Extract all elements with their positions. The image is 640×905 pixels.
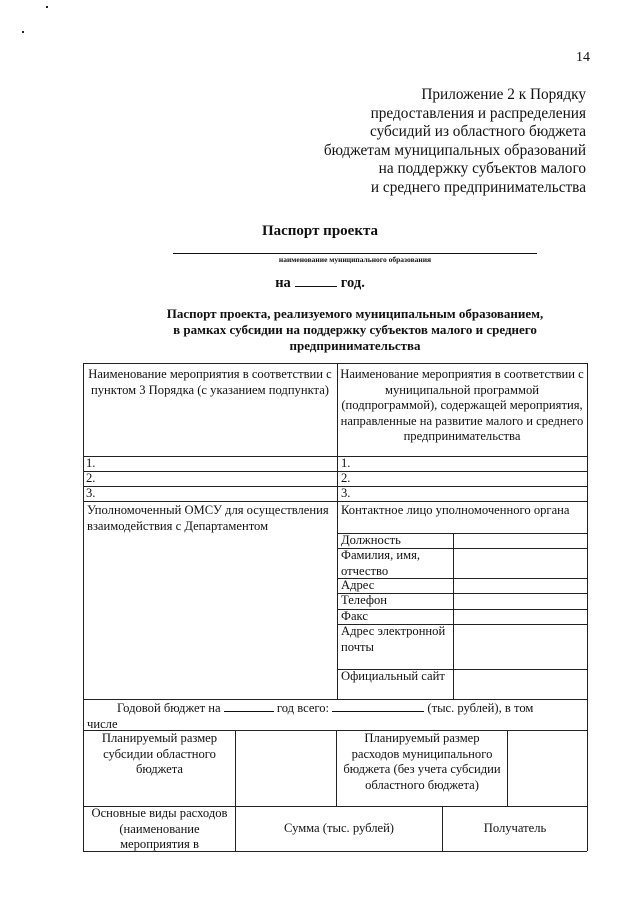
budget-total-field[interactable]: [332, 700, 424, 712]
table-border: [83, 851, 587, 852]
planned-municipal-label: Планируемый размер расходов муниципально…: [339, 731, 505, 793]
table-border: [587, 363, 588, 851]
subtitle-line: в рамках субсидии на поддержку субъектов…: [120, 322, 590, 338]
header-left: Наименование мероприятия в соответствии …: [86, 367, 334, 398]
measure-left-2[interactable]: 2.: [86, 471, 334, 487]
year-line: нагод.: [0, 274, 640, 292]
contact-value-position[interactable]: [456, 533, 584, 548]
column-divider: [507, 730, 508, 806]
appendix-line: Приложение 2 к Порядку: [300, 86, 586, 105]
appendix-line: и среднего предпринимательства: [300, 179, 586, 198]
appendix-line: субсидий из областного бюджета: [300, 123, 586, 142]
contact-label-position: Должность: [341, 533, 451, 549]
measure-right-2[interactable]: 2.: [341, 471, 585, 487]
appendix-line: предоставления и распределения: [300, 105, 586, 124]
contact-value-website[interactable]: [456, 669, 584, 699]
table-border: [83, 363, 84, 851]
measure-right-3[interactable]: 3.: [341, 486, 585, 502]
contact-label-address: Адрес: [341, 578, 451, 594]
year-field[interactable]: [295, 274, 337, 287]
contact-label-email: Адрес электронной почты: [341, 624, 451, 655]
column-divider: [442, 806, 443, 851]
contact-value-full-name[interactable]: [456, 548, 584, 578]
planned-subsidy-value[interactable]: [238, 731, 334, 805]
annual-budget-unit: (тыс. рублей), в том: [427, 701, 533, 715]
planned-municipal-value[interactable]: [510, 731, 585, 805]
scan-speck: [22, 31, 24, 33]
page-number: 14: [560, 50, 590, 66]
planned-subsidy-label: Планируемый размер субсидии областного б…: [86, 731, 233, 778]
contact-label-full-name: Фамилия, имя, отчество: [341, 548, 451, 579]
contact-label-phone: Телефон: [341, 593, 451, 609]
expenses-sum-header: Сумма (тыс. рублей): [238, 821, 440, 837]
contact-value-email[interactable]: [456, 624, 584, 669]
year-suffix: год.: [341, 275, 365, 291]
expenses-recipient-header: Получатель: [445, 821, 585, 837]
budget-year-field[interactable]: [224, 700, 274, 712]
subtitle-line: предпринимательства: [120, 338, 590, 354]
column-divider: [453, 533, 454, 699]
contact-label-fax: Факс: [341, 609, 451, 625]
column-divider: [235, 730, 236, 806]
document-title: Паспорт проекта: [0, 223, 640, 240]
authorized-body-label: Уполномоченный ОМСУ для осуществления вз…: [87, 503, 332, 534]
contact-value-phone[interactable]: [456, 593, 584, 608]
document-subtitle: Паспорт проекта, реализуемого муниципаль…: [120, 306, 590, 354]
annual-budget-total-label: год всего:: [277, 701, 329, 715]
measure-left-3[interactable]: 3.: [86, 486, 334, 502]
annual-budget-line: Годовой бюджет на год всего: (тыс. рубле…: [87, 700, 583, 732]
year-prefix: на: [275, 275, 291, 291]
column-divider: [337, 363, 338, 699]
contact-person-header: Контактное лицо уполномоченного органа: [341, 503, 585, 519]
header-right: Наименование мероприятия в соответствии …: [340, 367, 584, 445]
measure-left-1[interactable]: 1.: [86, 456, 334, 472]
table-border: [83, 363, 587, 364]
measure-right-1[interactable]: 1.: [341, 456, 585, 472]
expenses-type-header: Основные виды расходов (наименование мер…: [85, 806, 234, 851]
appendix-line: на поддержку субъектов малого: [300, 160, 586, 179]
subtitle-line: Паспорт проекта, реализуемого муниципаль…: [120, 306, 590, 322]
appendix-line: бюджетам муниципальных образований: [300, 142, 586, 161]
municipality-name-field[interactable]: [173, 253, 537, 254]
column-divider: [336, 730, 337, 806]
scan-speck: [46, 6, 48, 8]
annual-budget-including: числе: [87, 717, 118, 731]
column-divider: [235, 806, 236, 851]
contact-label-website: Официальный сайт: [341, 669, 451, 685]
municipality-name-caption: наименование муниципального образования: [173, 255, 537, 264]
annual-budget-label: Годовой бюджет на: [117, 701, 221, 715]
contact-value-address[interactable]: [456, 578, 584, 593]
contact-value-fax[interactable]: [456, 609, 584, 624]
appendix-reference: Приложение 2 к Порядку предоставления и …: [300, 86, 586, 198]
